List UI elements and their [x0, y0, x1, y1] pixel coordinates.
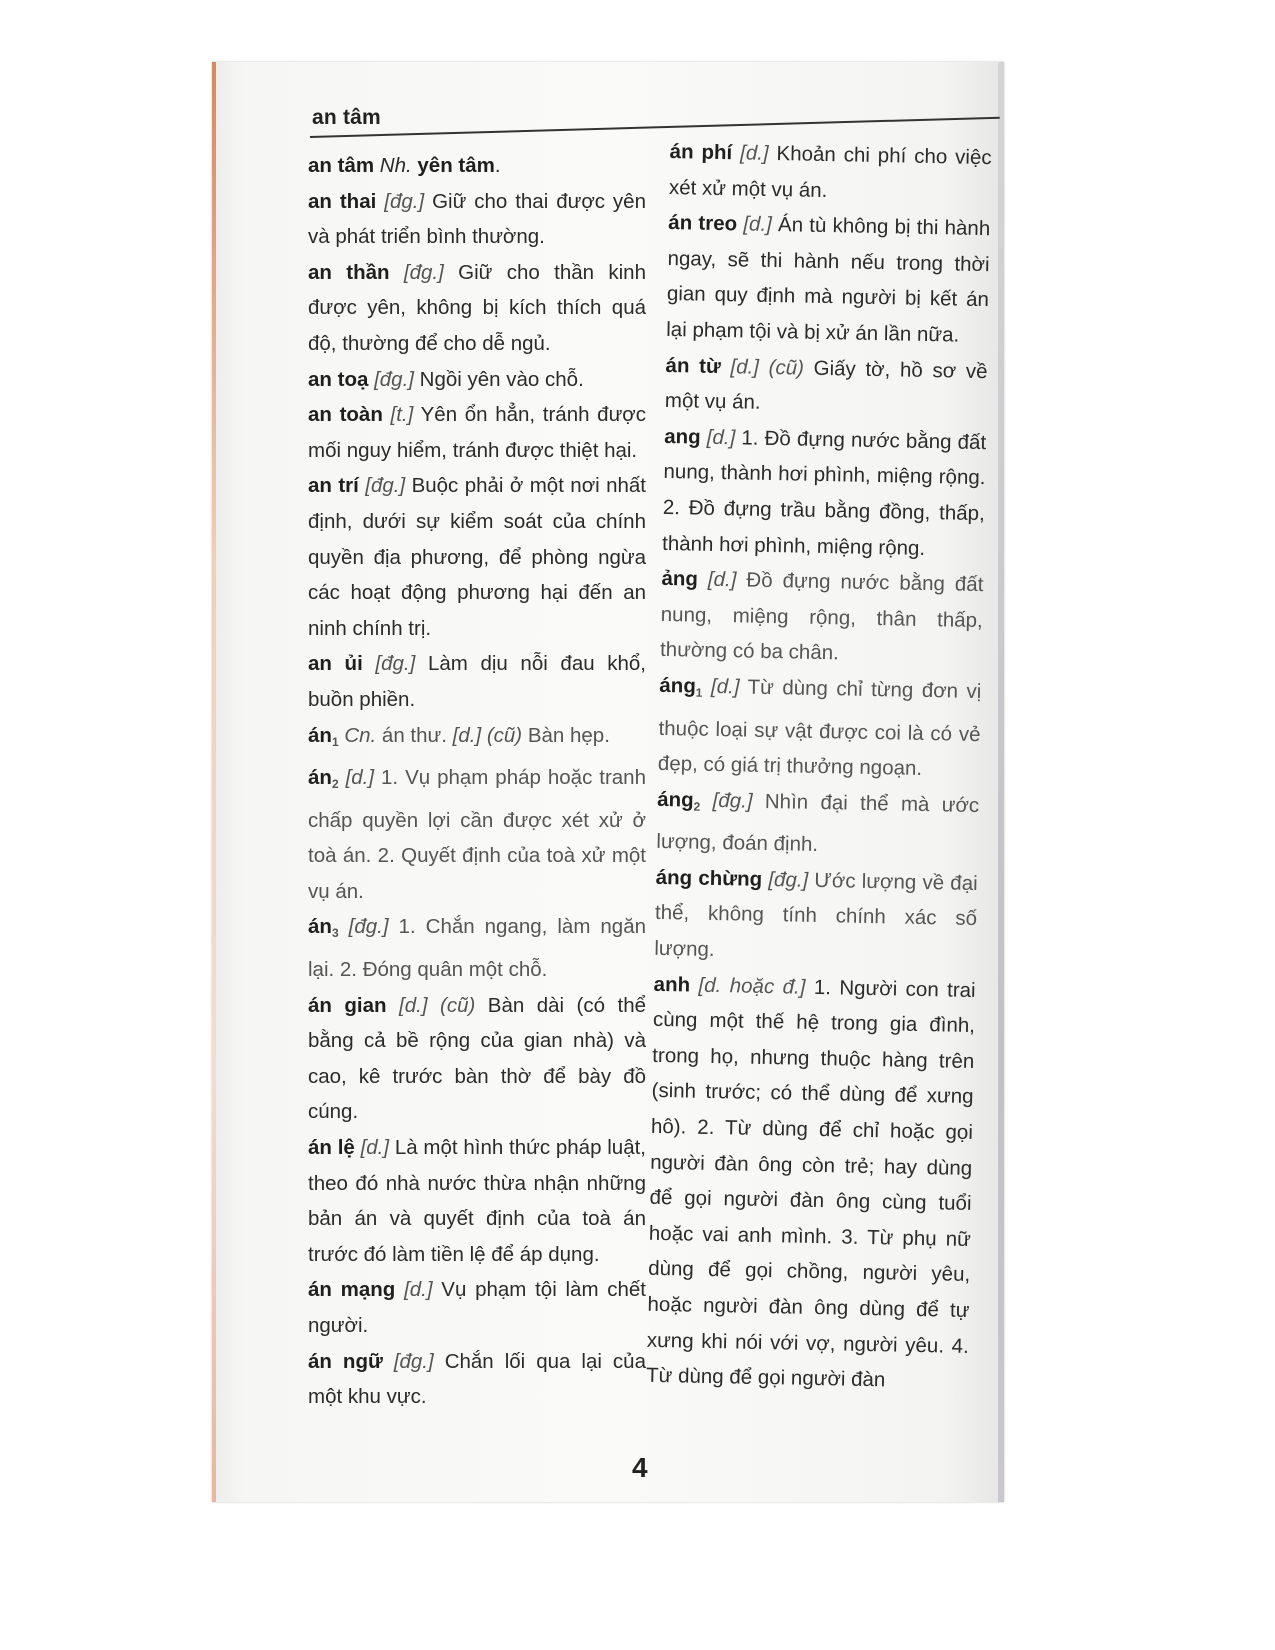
- part-of-speech: [t.]: [391, 403, 414, 426]
- homonym-index: 2: [332, 777, 339, 791]
- entry-ang-chung: áng chừng [đg.] Ước lượng về đại thể, kh…: [654, 860, 978, 973]
- ref-word: yên tâm: [417, 154, 494, 177]
- entry-an-gian: án gian [d.] (cũ) Bàn dài (có thể bằng c…: [308, 988, 646, 1130]
- part-of-speech: [d.] (cũ): [730, 355, 804, 379]
- ref-word: án thư.: [376, 724, 447, 747]
- headword: án phí: [669, 140, 732, 164]
- header-rule: [310, 117, 1000, 138]
- entry-an-ngu: án ngữ [đg.] Chắn lối qua lại của một kh…: [308, 1344, 646, 1415]
- part-of-speech: [d. hoặc đ.]: [698, 973, 805, 998]
- headword: án từ: [665, 354, 721, 378]
- headword: áng: [659, 674, 696, 698]
- headword: án lệ: [308, 1136, 355, 1159]
- ref-label: Nh.: [380, 154, 412, 177]
- entry-body: Ngồi yên vào chỗ.: [414, 368, 584, 391]
- entry-an-tam: an tâm Nh. yên tâm.: [308, 148, 646, 184]
- entry-an-toa: an toạ [đg.] Ngồi yên vào chỗ.: [308, 362, 646, 398]
- entry-an-toan: an toàn [t.] Yên ổn hẳn, tránh được mối …: [308, 397, 646, 468]
- headword: an toàn: [308, 403, 383, 426]
- part-of-speech: [d.]: [707, 426, 736, 450]
- entry-an-tu: án từ [d.] (cũ) Giấy tờ, hồ sơ về một vụ…: [665, 348, 988, 425]
- part-of-speech: [đg.]: [374, 368, 414, 391]
- headword: an toạ: [308, 368, 368, 391]
- entry-body: 1. Người con trai cùng một thế hệ trong …: [646, 975, 976, 1391]
- headword: án mạng: [308, 1278, 395, 1301]
- headword: áng chừng: [656, 866, 763, 891]
- entry-ang-1: áng1 [d.] Từ dùng chỉ từng đơn vị thuộc …: [658, 668, 982, 788]
- part-of-speech: [đg.]: [712, 789, 752, 813]
- entry-an-3: án3 [đg.] 1. Chắn ngang, làm ngăn lại. 2…: [308, 909, 646, 987]
- entry-body: Buộc phải ở một nơi nhất định, dưới sự k…: [308, 474, 646, 639]
- part-of-speech: [d.]: [404, 1278, 433, 1301]
- part-of-speech: [đg.]: [349, 915, 389, 938]
- part-of-speech: [đg.]: [384, 190, 424, 213]
- headword: an trí: [308, 474, 359, 497]
- part-of-speech: [d.]: [708, 568, 737, 592]
- headword: an thần: [308, 261, 390, 284]
- headword: án treo: [668, 211, 737, 235]
- homonym-index: 1: [696, 686, 703, 700]
- part-of-speech: [d.]: [743, 213, 772, 237]
- entry-anh: anh [d. hoặc đ.] 1. Người con trai cùng …: [646, 967, 976, 1400]
- headword: án: [308, 915, 332, 938]
- page-number: 4: [632, 1452, 648, 1484]
- entry-an-than: an thần [đg.] Giữ cho thần kinh được yên…: [308, 255, 646, 362]
- part-of-speech: [d.]: [711, 675, 740, 699]
- headword: án gian: [308, 994, 387, 1017]
- entry-body: Nhìn đại thể mà ước lượng, đoán định.: [656, 789, 979, 856]
- entry-an-treo: án treo [d.] Án tù không bị thi hành nga…: [666, 205, 991, 354]
- headword: án ngữ: [308, 1350, 383, 1373]
- ref-label: Cn.: [339, 724, 377, 747]
- entry-an-phi: án phí [d.] Khoản chi phí cho việc xét x…: [669, 134, 992, 211]
- part-of-speech: [đg.]: [404, 261, 444, 284]
- entry-ang-hoi: ảng [d.] Đồ đựng nước bằng đất nung, miệ…: [660, 561, 984, 674]
- right-column: án phí [d.] Khoản chi phí cho việc xét x…: [646, 134, 992, 1400]
- part-of-speech: [d.] (cũ): [399, 994, 475, 1017]
- running-head: an tâm: [312, 106, 381, 130]
- part-of-speech: [đg.]: [375, 652, 415, 675]
- headword: ảng: [661, 567, 698, 591]
- part-of-speech: [d.]: [740, 141, 769, 165]
- headword: án: [308, 724, 332, 747]
- page-edge-left: [212, 62, 216, 1502]
- part-of-speech: [đg.]: [365, 474, 405, 497]
- entry-an-mang: án mạng [d.] Vụ phạm tội làm chết người.: [308, 1272, 646, 1343]
- entry-an-2: án2 [d.] 1. Vụ phạm pháp hoặc tranh chấp…: [308, 760, 646, 909]
- homonym-index: 3: [332, 926, 339, 940]
- homonym-index: 2: [693, 799, 700, 813]
- part-of-speech: [d.] (cũ): [447, 724, 522, 747]
- headword: anh: [653, 973, 690, 997]
- entry-an-ui: an ủi [đg.] Làm dịu nỗi đau khổ, buồn ph…: [308, 646, 646, 717]
- part-of-speech: [d.]: [361, 1136, 390, 1159]
- entry-an-tri: an trí [đg.] Buộc phải ở một nơi nhất đị…: [308, 468, 646, 646]
- entry-body: Bàn hẹp.: [522, 724, 610, 747]
- part-of-speech: [đg.]: [768, 868, 808, 892]
- entry-an-1: án1 Cn. án thư. [d.] (cũ) Bàn hẹp.: [308, 718, 646, 761]
- entry-an-thai: an thai [đg.] Giữ cho thai được yên và p…: [308, 184, 646, 255]
- page-edge-right: [998, 62, 1004, 1502]
- headword: an thai: [308, 190, 376, 213]
- left-column: an tâm Nh. yên tâm. an thai [đg.] Giữ ch…: [308, 148, 646, 1415]
- entry-body: Từ dùng chỉ từng đơn vị thuộc loại sự vậ…: [658, 675, 982, 780]
- part-of-speech: [đg.]: [394, 1350, 434, 1373]
- part-of-speech: [d.]: [346, 766, 375, 789]
- entry-body: .: [495, 154, 501, 177]
- entry-an-le: án lệ [d.] Là một hình thức pháp luật, t…: [308, 1130, 646, 1272]
- homonym-index: 1: [332, 735, 339, 749]
- headword: áng: [657, 788, 694, 812]
- entry-ang-2: áng2 [đg.] Nhìn đại thể mà ước lượng, đo…: [656, 782, 979, 866]
- headword: an tâm: [308, 154, 374, 177]
- headword: an ủi: [308, 652, 363, 675]
- dictionary-page: an tâm an tâm Nh. yên tâm. an thai [đg.]…: [212, 62, 1004, 1502]
- entry-body: Là một hình thức pháp luật, theo đó nhà …: [308, 1136, 646, 1266]
- entry-ang: ang [d.] 1. Đồ đựng nước bằng đất nung, …: [662, 419, 987, 568]
- headword: án: [308, 766, 332, 789]
- headword: ang: [664, 425, 701, 449]
